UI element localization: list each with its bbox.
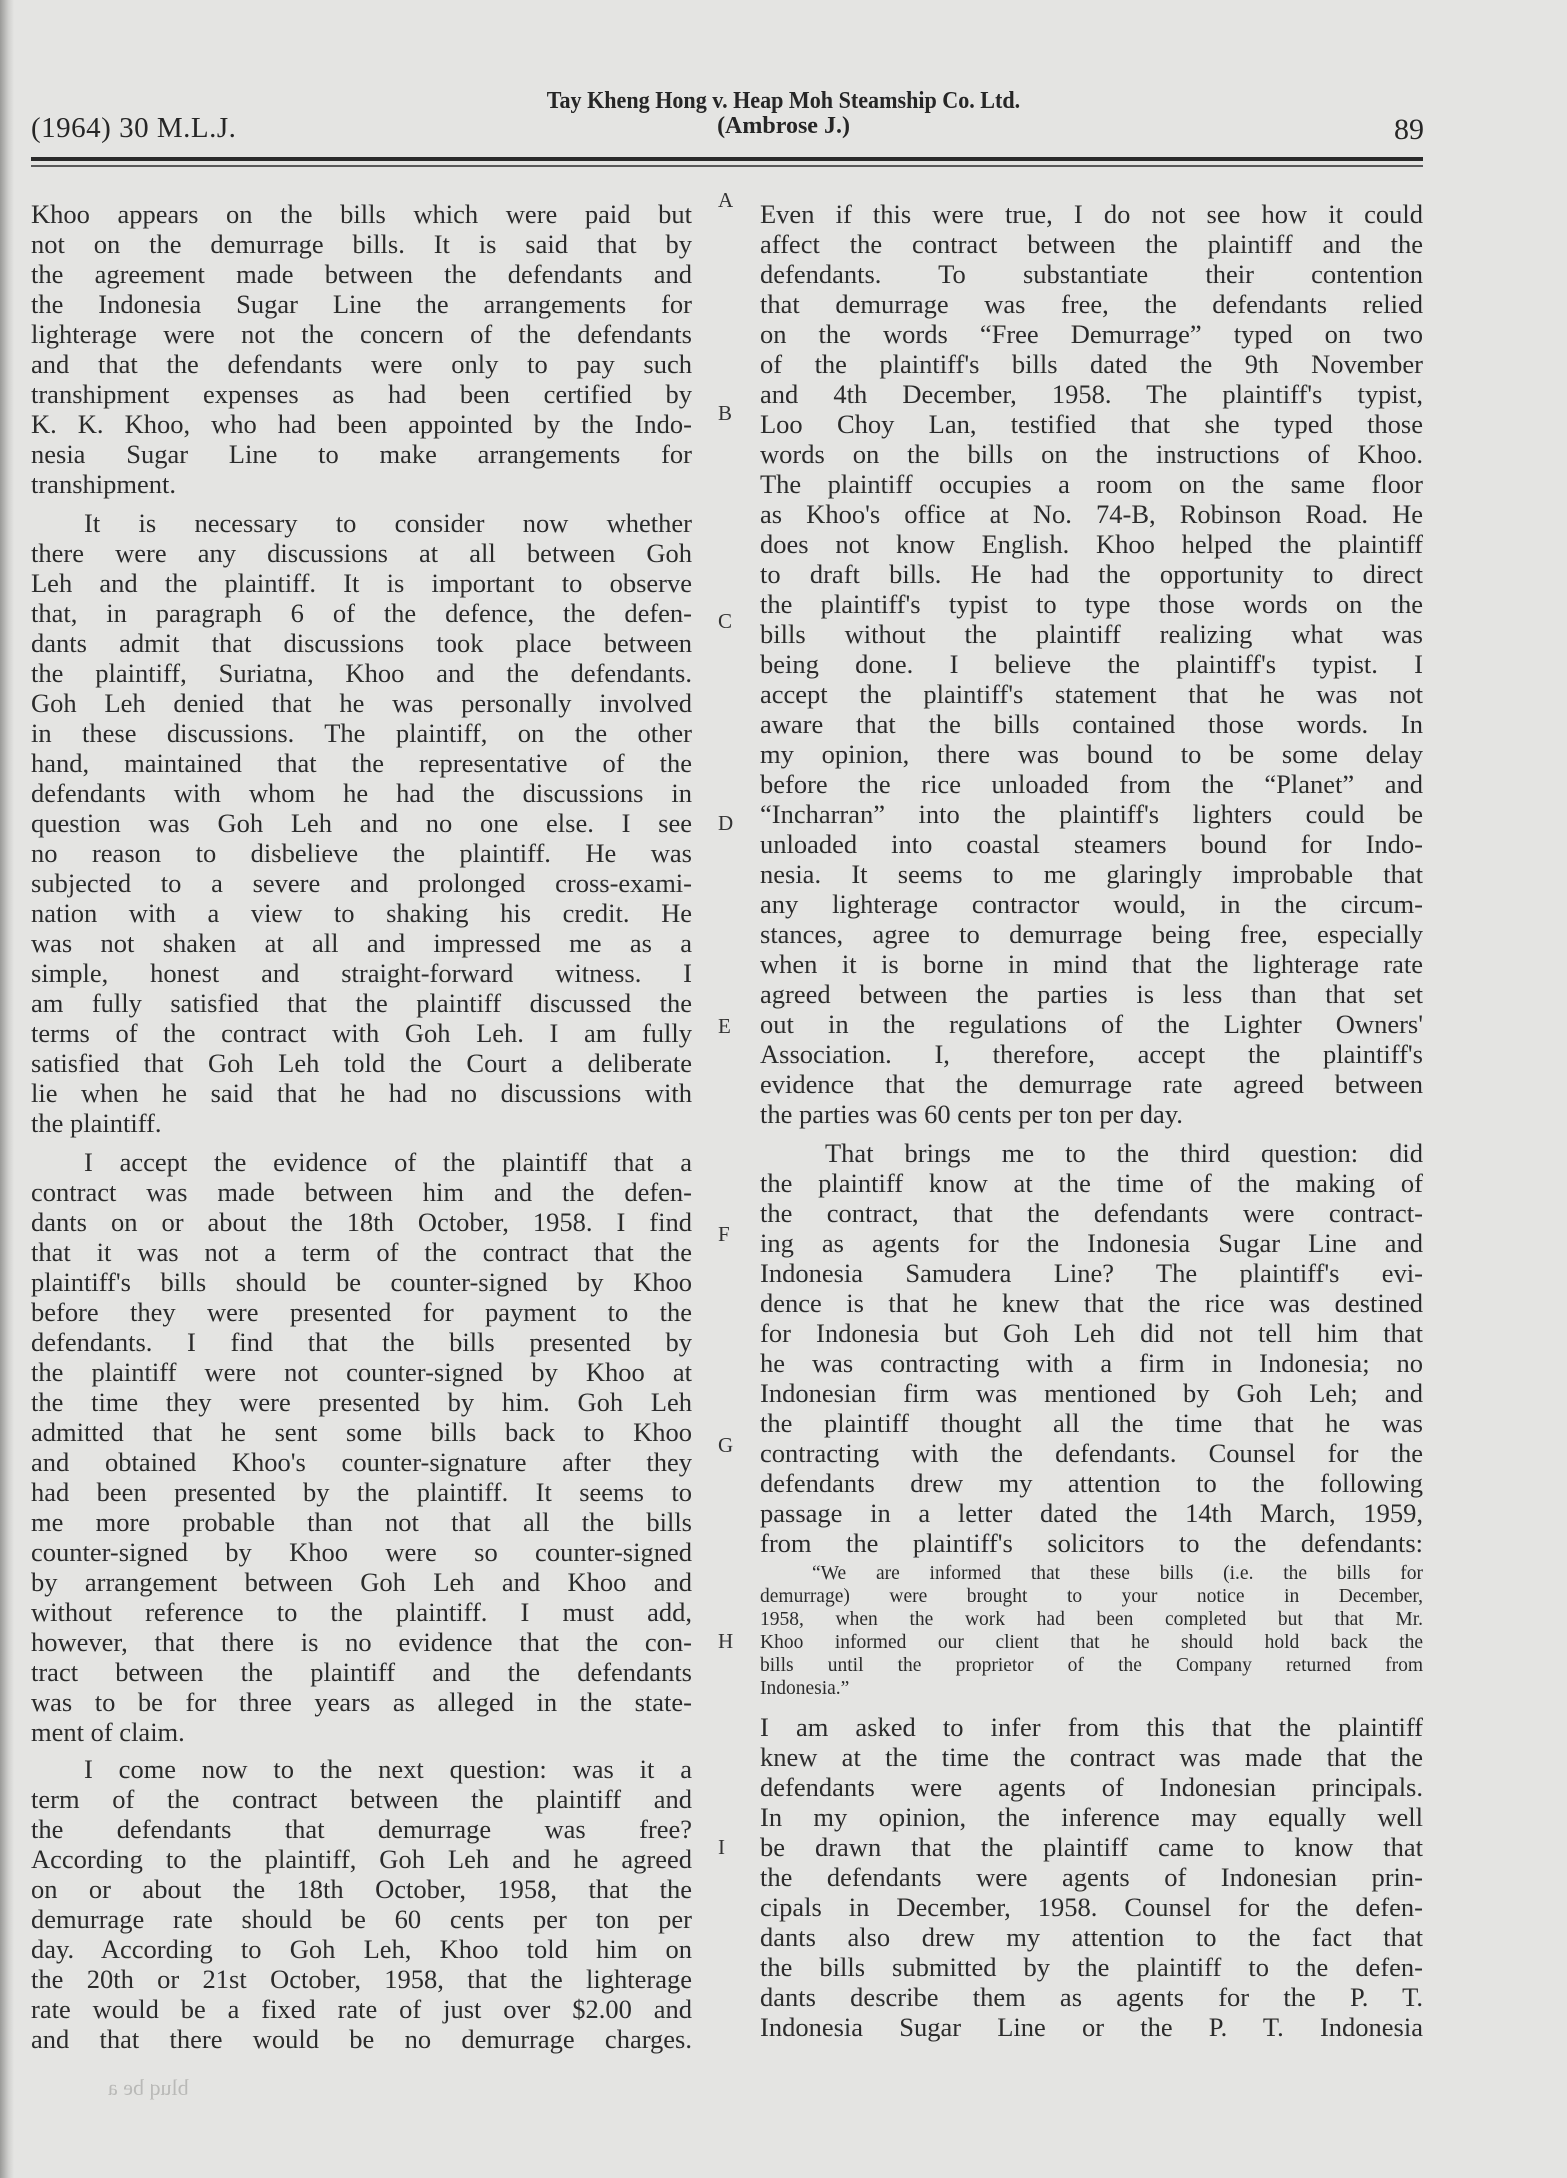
text-line: without reference to the plaintiff. I mu… <box>31 1597 692 1627</box>
text-line: any lighterage contractor would, in the … <box>760 889 1423 919</box>
text-line: transhipment expenses as had been certif… <box>31 379 692 409</box>
text-line: and 4th December, 1958. The plaintiff's … <box>760 379 1423 409</box>
text-line: Indonesian firm was mentioned by Goh Leh… <box>760 1378 1423 1408</box>
text-line: question was Goh Leh and no one else. I … <box>31 808 692 838</box>
text-line: I come now to the next question: was it … <box>84 1754 692 1784</box>
text-line: the plaintiff know at the time of the ma… <box>760 1168 1423 1198</box>
text-line: no reason to disbelieve the plaintiff. H… <box>31 838 692 868</box>
margin-letter-d: D <box>718 808 733 838</box>
text-line: for Indonesia but Goh Leh did not tell h… <box>760 1318 1423 1348</box>
text-line: the plaintiff thought all the time that … <box>760 1408 1423 1438</box>
header-rule-thin <box>31 165 1423 167</box>
text-line: It is necessary to consider now whether <box>84 508 692 538</box>
text-line: to draft bills. He had the opportunity t… <box>760 559 1423 589</box>
text-line: dence is that he knew that the rice was … <box>760 1288 1423 1318</box>
text-line: Leh and the plaintiff. It is important t… <box>31 568 692 598</box>
text-line: nesia. It seems to me glaringly improbab… <box>760 859 1423 889</box>
text-line: lie when he said that he had no discussi… <box>31 1078 692 1108</box>
margin-letter-a: A <box>718 185 733 215</box>
text-line: dants admit that discussions took place … <box>31 628 692 658</box>
quote-line: Indonesia.” <box>760 1677 1423 1700</box>
text-line: the agreement made between the defendant… <box>31 259 692 289</box>
text-line: the plaintiff. <box>31 1108 692 1138</box>
text-line: and that the defendants were only to pay… <box>31 349 692 379</box>
text-line: the parties was 60 cents per ton per day… <box>760 1099 1423 1129</box>
text-line: before the rice unloaded from the “Plane… <box>760 769 1423 799</box>
text-line: admitted that he sent some bills back to… <box>31 1417 692 1447</box>
text-line: before they were presented for payment t… <box>31 1297 692 1327</box>
text-line: satisfied that Goh Leh told the Court a … <box>31 1048 692 1078</box>
text-line: the bills submitted by the plaintiff to … <box>760 1952 1423 1982</box>
text-line: and obtained Khoo's counter-signature af… <box>31 1447 692 1477</box>
text-line: the 20th or 21st October, 1958, that the… <box>31 1964 692 1994</box>
text-line: plaintiff's bills should be counter-sign… <box>31 1267 692 1297</box>
text-line: the defendants that demurrage was free? <box>31 1814 692 1844</box>
margin-letter-b: B <box>718 398 732 428</box>
text-line: Indonesia Samudera Line? The plaintiff's… <box>760 1258 1423 1288</box>
text-line: Khoo appears on the bills which were pai… <box>31 199 692 229</box>
text-line: had been presented by the plaintiff. It … <box>31 1477 692 1507</box>
text-line: rate would be a fixed rate of just over … <box>31 1994 692 2024</box>
margin-letter-e: E <box>718 1011 731 1041</box>
quote-line: “We are informed that these bills (i.e. … <box>812 1562 1423 1585</box>
text-line: agreed between the parties is less than … <box>760 979 1423 1009</box>
text-line: defendants. To substantiate their conten… <box>760 259 1423 289</box>
text-line: nesia Sugar Line to make arrangements fo… <box>31 439 692 469</box>
quote-line: 1958, when the work had been completed b… <box>760 1608 1423 1631</box>
text-line: me more probable than not that all the b… <box>31 1507 692 1537</box>
text-line: unloaded into coastal steamers bound for… <box>760 829 1423 859</box>
text-line: stances, agree to demurrage being free, … <box>760 919 1423 949</box>
text-line: defendants were agents of Indonesian pri… <box>760 1772 1423 1802</box>
text-line: in these discussions. The plaintiff, on … <box>31 718 692 748</box>
text-line: Even if this were true, I do not see how… <box>760 199 1423 229</box>
text-line: simple, honest and straight-forward witn… <box>31 958 692 988</box>
text-line: transhipment. <box>31 469 692 499</box>
text-line: he was contracting with a firm in Indone… <box>760 1348 1423 1378</box>
margin-letter-g: G <box>718 1430 733 1460</box>
bleed-through-text: bluq be a <box>108 2075 189 2101</box>
text-line: knew at the time the contract was made t… <box>760 1742 1423 1772</box>
margin-letter-c: C <box>718 606 732 636</box>
text-line: defendants. I find that the bills presen… <box>31 1327 692 1357</box>
text-line: ing as agents for the Indonesia Sugar Li… <box>760 1228 1423 1258</box>
text-line: counter-signed by Khoo were so counter-s… <box>31 1537 692 1567</box>
text-line: was to be for three years as alleged in … <box>31 1687 692 1717</box>
text-line: my opinion, there was bound to be some d… <box>760 739 1423 769</box>
text-line: was not shaken at all and impressed me a… <box>31 928 692 958</box>
text-line: cipals in December, 1958. Counsel for th… <box>760 1892 1423 1922</box>
text-line: That brings me to the third question: di… <box>825 1138 1423 1168</box>
quote-line: demurrage) were brought to your notice i… <box>760 1585 1423 1608</box>
header-rule-thick <box>31 157 1423 161</box>
text-line: words on the bills on the instructions o… <box>760 439 1423 469</box>
text-line: defendants drew my attention to the foll… <box>760 1468 1423 1498</box>
text-line: nation with a view to shaking his credit… <box>31 898 692 928</box>
text-line: affect the contract between the plaintif… <box>760 229 1423 259</box>
text-line: dants on or about the 18th October, 1958… <box>31 1207 692 1237</box>
text-line: does not know English. Khoo helped the p… <box>760 529 1423 559</box>
text-line: that it was not a term of the contract t… <box>31 1237 692 1267</box>
text-line: however, that there is no evidence that … <box>31 1627 692 1657</box>
text-line: the contract, that the defendants were c… <box>760 1198 1423 1228</box>
text-line: the time they were presented by him. Goh… <box>31 1387 692 1417</box>
text-line: K. K. Khoo, who had been appointed by th… <box>31 409 692 439</box>
text-line: contracting with the defendants. Counsel… <box>760 1438 1423 1468</box>
text-line: term of the contract between the plainti… <box>31 1784 692 1814</box>
page-binding-edge <box>0 0 14 2178</box>
text-line: Loo Choy Lan, testified that she typed t… <box>760 409 1423 439</box>
text-line: passage in a letter dated the 14th March… <box>760 1498 1423 1528</box>
text-line: contract was made between him and the de… <box>31 1177 692 1207</box>
margin-letter-f: F <box>718 1219 730 1249</box>
text-line: The plaintiff occupies a room on the sam… <box>760 469 1423 499</box>
text-line: hand, maintained that the representative… <box>31 748 692 778</box>
text-line: Indonesia Sugar Line or the P. T. Indone… <box>760 2012 1423 2042</box>
text-line: the defendants were agents of Indonesian… <box>760 1862 1423 1892</box>
text-line: of the plaintiff's bills dated the 9th N… <box>760 349 1423 379</box>
text-line: defendants with whom he had the discussi… <box>31 778 692 808</box>
text-line: not on the demurrage bills. It is said t… <box>31 229 692 259</box>
text-line: In my opinion, the inference may equally… <box>760 1802 1423 1832</box>
text-line: be drawn that the plaintiff came to know… <box>760 1832 1423 1862</box>
text-line: the plaintiff, Suriatna, Khoo and the de… <box>31 658 692 688</box>
text-line: the Indonesia Sugar Line the arrangement… <box>31 289 692 319</box>
text-line: I am asked to infer from this that the p… <box>760 1712 1423 1742</box>
text-line: that demurrage was free, the defendants … <box>760 289 1423 319</box>
text-line: lighterage were not the concern of the d… <box>31 319 692 349</box>
quote-line: bills until the proprietor of the Compan… <box>760 1654 1423 1677</box>
margin-letter-i: I <box>718 1832 725 1862</box>
case-title: Tay Kheng Hong v. Heap Moh Steamship Co.… <box>63 88 1505 115</box>
quote-line: Khoo informed our client that he should … <box>760 1631 1423 1654</box>
text-line: terms of the contract with Goh Leh. I am… <box>31 1018 692 1048</box>
text-line: that, in paragraph 6 of the defence, the… <box>31 598 692 628</box>
text-line: bills without the plaintiff realizing wh… <box>760 619 1423 649</box>
text-line: being done. I believe the plaintiff's ty… <box>760 649 1423 679</box>
text-line: the plaintiff's typist to type those wor… <box>760 589 1423 619</box>
margin-letter-h: H <box>718 1626 733 1656</box>
text-line: on or about the 18th October, 1958, that… <box>31 1874 692 1904</box>
text-line: ment of claim. <box>31 1717 692 1747</box>
text-line: when it is borne in mind that the lighte… <box>760 949 1423 979</box>
text-line: as Khoo's office at No. 74-B, Robinson R… <box>760 499 1423 529</box>
text-line: Goh Leh denied that he was personally in… <box>31 688 692 718</box>
text-line: dants also drew my attention to the fact… <box>760 1922 1423 1952</box>
text-line: dants describe them as agents for the P.… <box>760 1982 1423 2012</box>
text-line: subjected to a severe and prolonged cros… <box>31 868 692 898</box>
text-line: According to the plaintiff, Goh Leh and … <box>31 1844 692 1874</box>
text-line: evidence that the demurrage rate agreed … <box>760 1069 1423 1099</box>
judge-name: (Ambrose J.) <box>0 113 1567 140</box>
page-number: 89 <box>1394 113 1424 147</box>
text-line: there were any discussions at all betwee… <box>31 538 692 568</box>
text-line: I accept the evidence of the plaintiff t… <box>84 1147 692 1177</box>
text-line: by arrangement between Goh Leh and Khoo … <box>31 1567 692 1597</box>
text-line: demurrage rate should be 60 cents per to… <box>31 1904 692 1934</box>
text-line: from the plaintiff's solicitors to the d… <box>760 1528 1423 1558</box>
text-line: tract between the plaintiff and the defe… <box>31 1657 692 1687</box>
text-line: am fully satisfied that the plaintiff di… <box>31 988 692 1018</box>
text-line: day. According to Goh Leh, Khoo told him… <box>31 1934 692 1964</box>
text-line: on the words “Free Demurrage” typed on t… <box>760 319 1423 349</box>
text-line: aware that the bills contained those wor… <box>760 709 1423 739</box>
text-line: “Incharran” into the plaintiff's lighter… <box>760 799 1423 829</box>
text-line: and that there would be no demurrage cha… <box>31 2024 692 2054</box>
text-line: accept the plaintiff's statement that he… <box>760 679 1423 709</box>
text-line: the plaintiff were not counter-signed by… <box>31 1357 692 1387</box>
text-line: out in the regulations of the Lighter Ow… <box>760 1009 1423 1039</box>
text-line: Association. I, therefore, accept the pl… <box>760 1039 1423 1069</box>
